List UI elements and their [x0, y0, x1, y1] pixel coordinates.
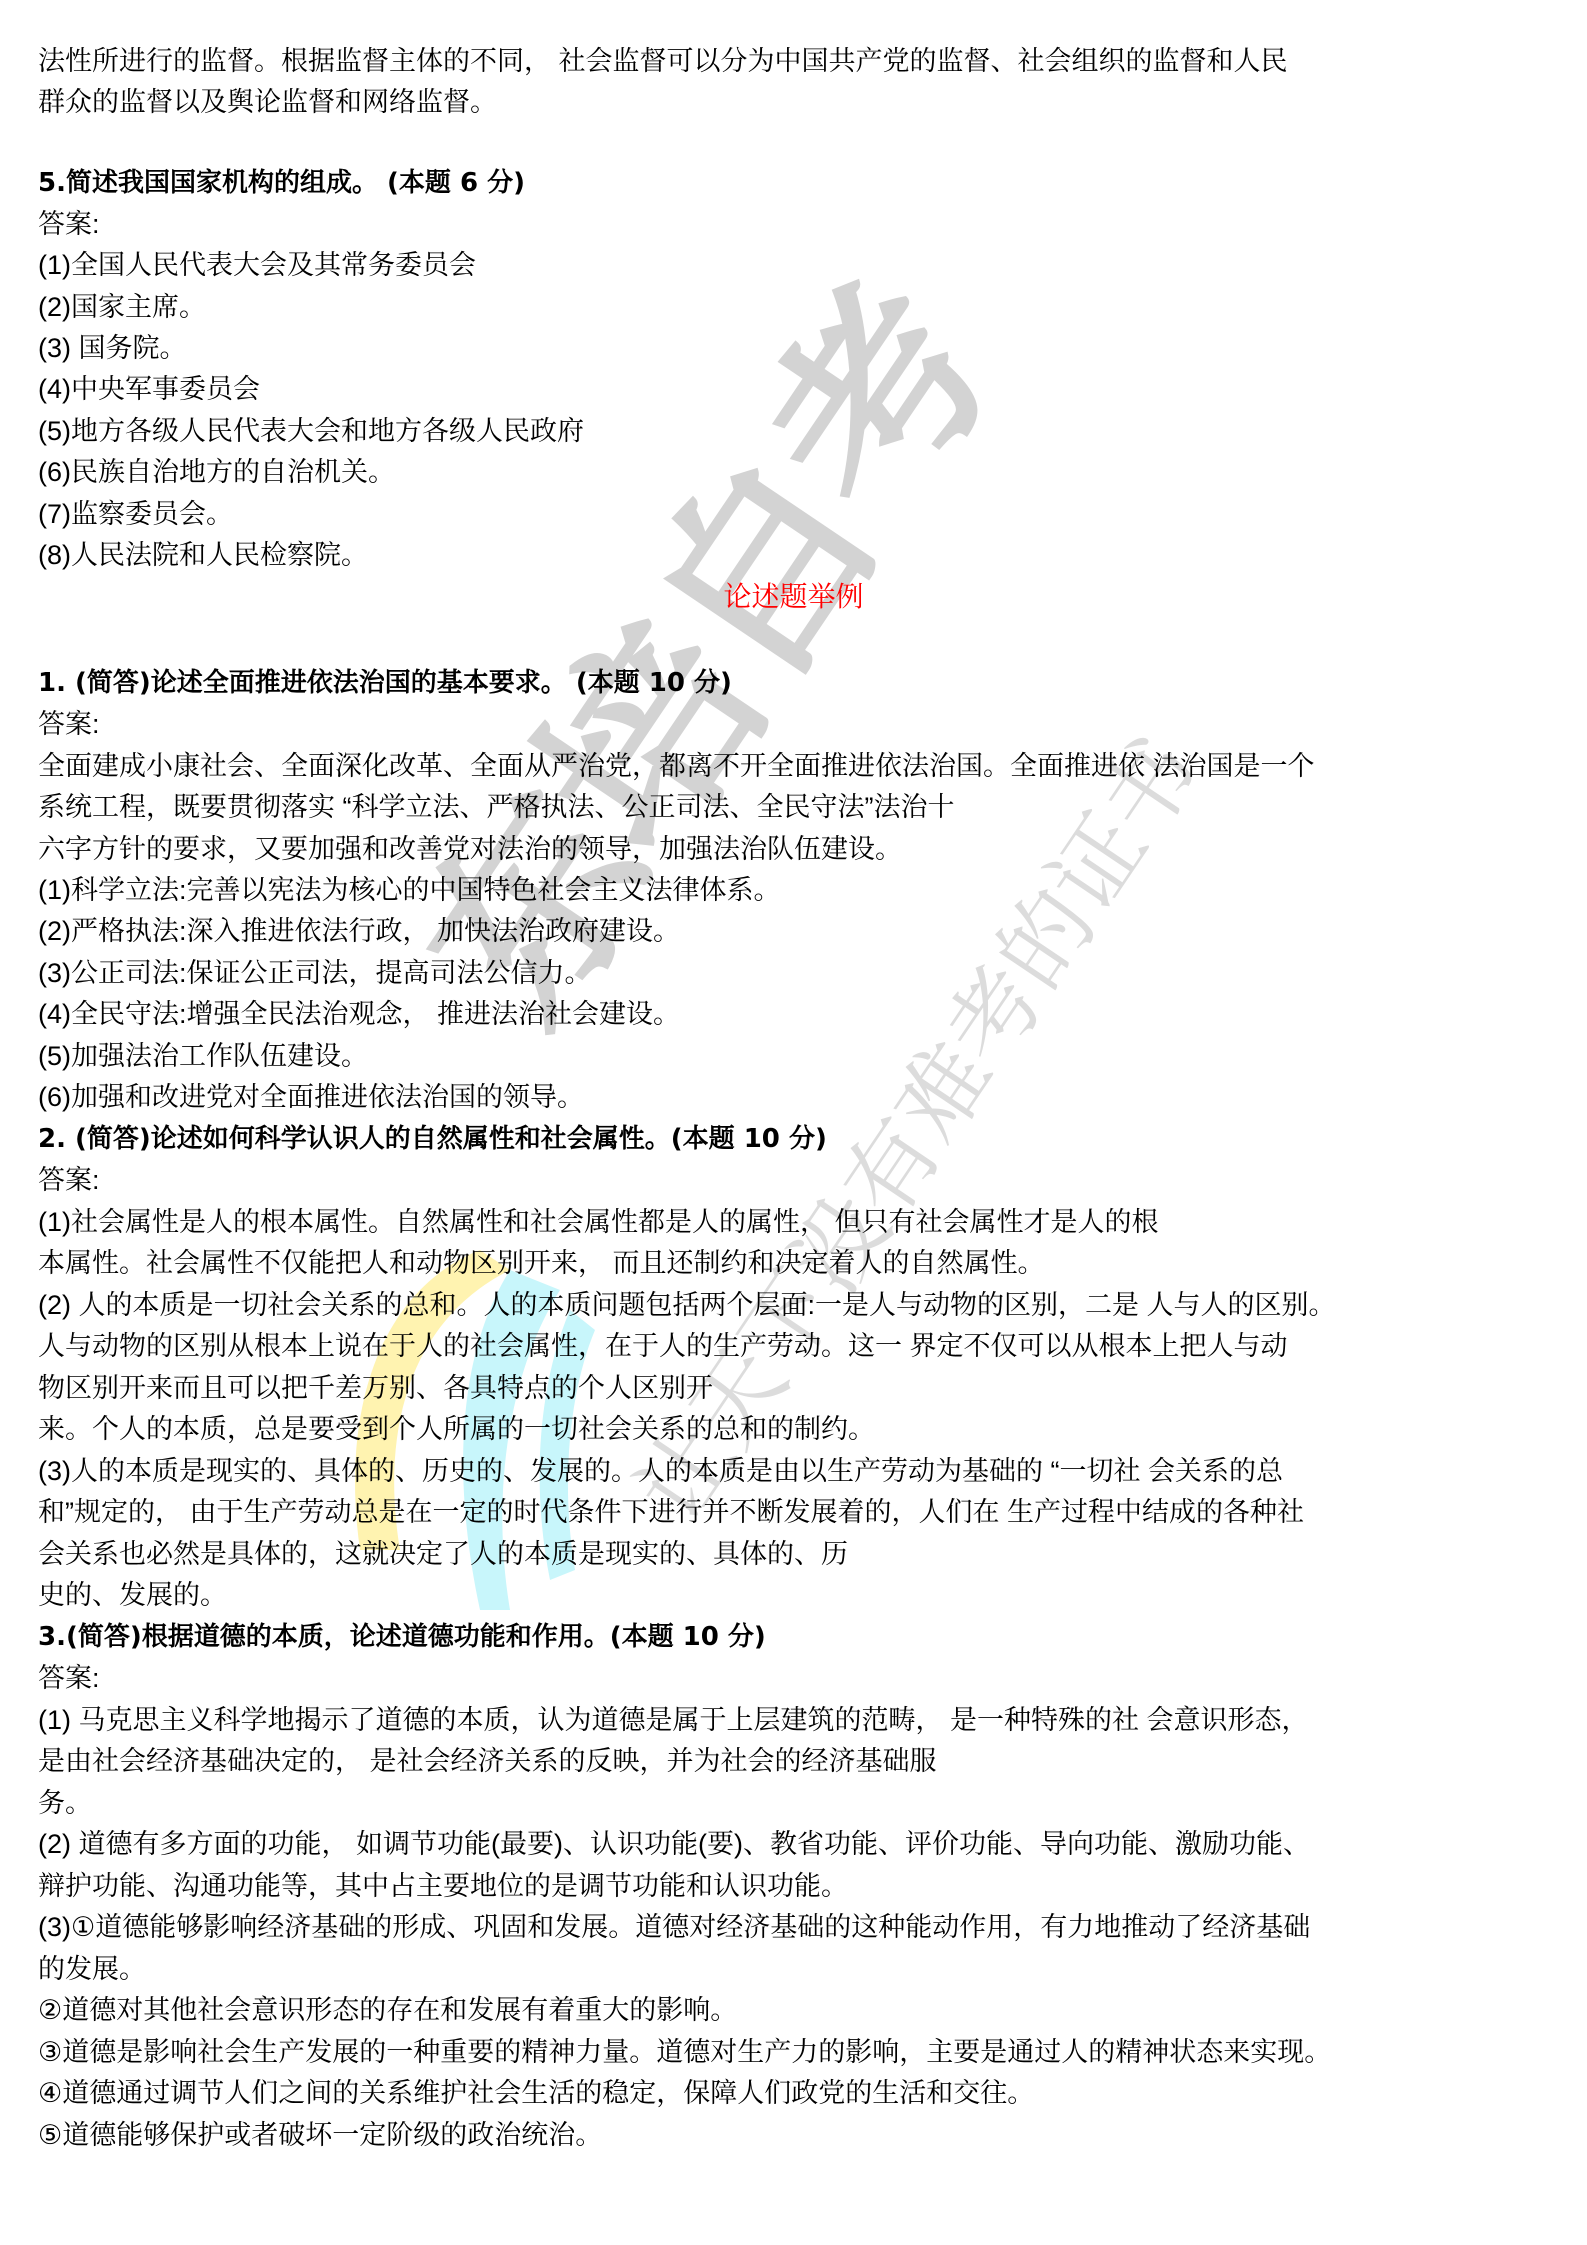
answer-line: 会关系也必然是具体的，这就决定了人的本质是现实的、具体的、历: [38, 1537, 848, 1571]
list-item: (5)地方各级人民代表大会和地方各级人民政府: [38, 414, 584, 448]
answer-line: 辩护功能、沟通功能等，其中占主要地位的是调节功能和认识功能。: [38, 1869, 848, 1903]
answer-line: ④道德通过调节人们之间的关系维护社会生活的稳定，保障人们政党的生活和交往。: [38, 2076, 1034, 2110]
answer-line: (1)科学立法:完善以宪法为核心的中国特色社会主义法律体系。: [38, 873, 781, 907]
answer-line: 的发展。: [38, 1952, 146, 1986]
answer-line: ⑤道德能够保护或者破坏一定阶级的政治统治。: [38, 2118, 602, 2152]
answer-label: 答案:: [38, 207, 100, 241]
intro-line-2: 群众的监督以及舆论监督和网络监督。: [38, 85, 497, 119]
answer-line: 本属性。社会属性不仅能把人和动物区别开来， 而且还制约和决定着人的自然属性。: [38, 1246, 1045, 1280]
answer-line: (1) 马克思主义科学地揭示了道德的本质，认为道德是属于上层建筑的范畴， 是一种…: [38, 1703, 1309, 1737]
list-item: (7)监察委员会。: [38, 497, 233, 531]
answer-line: ③道德是影响社会生产发展的一种重要的精神力量。道德对生产力的影响，主要是通过人的…: [38, 2035, 1331, 2069]
answer-line: 人与动物的区别从根本上说在于人的社会属性，在于人的生产劳动。这一 界定不仅可以从…: [38, 1329, 1288, 1363]
list-item: (4)中央军事委员会: [38, 372, 260, 406]
intro-line-1: 法性所进行的监督。根据监督主体的不同， 社会监督可以分为中国共产党的监督、社会组…: [38, 44, 1288, 78]
document-page: 东培自考 让天下没有难考的证书 法性所进行的监督。根据监督主体的不同， 社会监督…: [0, 0, 1587, 2245]
essay-2-title: 2. (简答)论述如何科学认识人的自然属性和社会属性。(本题 10 分): [38, 1122, 827, 1156]
answer-label: 答案:: [38, 707, 100, 741]
answer-line: 物区别开来而且可以把千差万别、各具特点的个人区别开: [38, 1371, 713, 1405]
answer-label: 答案:: [38, 1163, 100, 1197]
answer-line: (3)①道德能够影响经济基础的形成、巩固和发展。道德对经济基础的这种能动作用，有…: [38, 1910, 1310, 1944]
answer-line: 来。个人的本质，总是要受到个人所属的一切社会关系的总和的制约。: [38, 1412, 875, 1446]
list-item: (1)全国人民代表大会及其常务委员会: [38, 248, 476, 282]
question-5-title: 5.简述我国国家机构的组成。 (本题 6 分): [38, 166, 525, 200]
section-heading: 论述题举例: [0, 580, 1587, 614]
answer-line: ②道德对其他社会意识形态的存在和发展有着重大的影响。: [38, 1993, 737, 2027]
answer-line: (4)全民守法:增强全民法治观念， 推进法治社会建设。: [38, 997, 680, 1031]
list-item: (8)人民法院和人民检察院。: [38, 538, 368, 572]
answer-line: (2)严格执法:深入推进依法行政， 加快法治政府建设。: [38, 914, 680, 948]
answer-line: 务。: [38, 1786, 92, 1820]
answer-line: 六字方针的要求，又要加强和改善党对法治的领导，加强法治队伍建设。: [38, 832, 902, 866]
answer-line: 系统工程，既要贯彻落实 “科学立法、严格执法、公正司法、全民守法”法治十: [38, 790, 954, 824]
answer-line: (2) 道德有多方面的功能， 如调节功能(最要)、认识功能(要)、教省功能、评价…: [38, 1827, 1310, 1861]
answer-line: 史的、发展的。: [38, 1578, 227, 1612]
list-item: (3) 国务院。: [38, 331, 187, 365]
answer-label: 答案:: [38, 1661, 100, 1695]
answer-line: (2) 人的本质是一切社会关系的总和。人的本质问题包括两个层面:一是人与动物的区…: [38, 1288, 1336, 1322]
essay-3-title: 3.(简答)根据道德的本质，论述道德功能和作用。(本题 10 分): [38, 1620, 766, 1654]
answer-line: (5)加强法治工作队伍建设。: [38, 1039, 368, 1073]
list-item: (2)国家主席。: [38, 290, 206, 324]
list-item: (6)民族自治地方的自治机关。: [38, 455, 395, 489]
essay-1-title: 1. (简答)论述全面推进依法治国的基本要求。 (本题 10 分): [38, 666, 732, 700]
answer-line: 和”规定的， 由于生产劳动总是在一定的时代条件下进行并不断发展着的，人们在 生产…: [38, 1495, 1304, 1529]
answer-line: 全面建成小康社会、全面深化改革、全面从严治党，都离不开全面推进依法治国。全面推进…: [38, 749, 1315, 783]
answer-line: (1)社会属性是人的根本属性。自然属性和社会属性都是人的属性， 但只有社会属性才…: [38, 1205, 1159, 1239]
answer-line: (3)公正司法:保证公正司法，提高司法公信力。: [38, 956, 592, 990]
answer-line: 是由社会经济基础决定的， 是社会经济关系的反映，并为社会的经济基础服: [38, 1744, 937, 1778]
answer-line: (6)加强和改进党对全面推进依法治国的领导。: [38, 1080, 584, 1114]
answer-line: (3)人的本质是现实的、具体的、历史的、发展的。人的本质是由以生产劳动为基础的 …: [38, 1454, 1283, 1488]
